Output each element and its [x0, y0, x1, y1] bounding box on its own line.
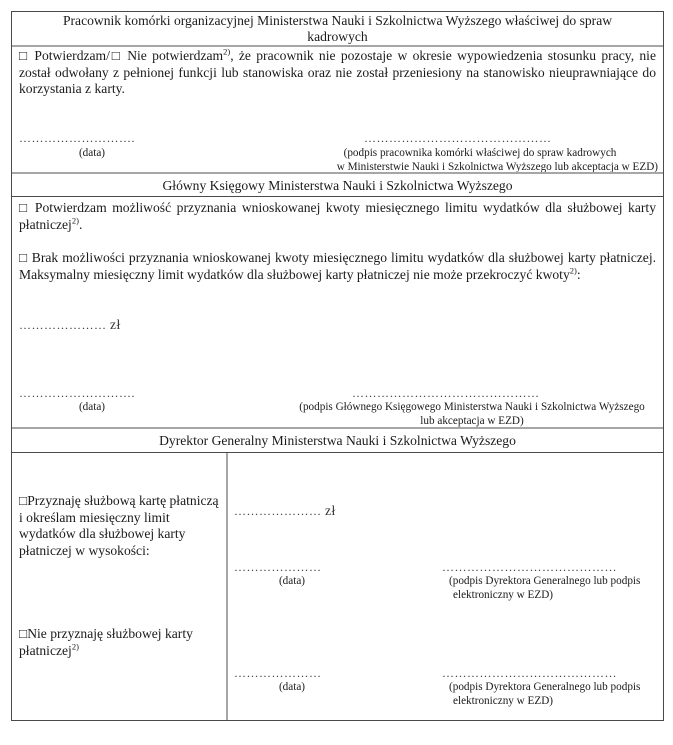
accountant-section-title: Główny Księgowy Ministerstwa Nauki i Szk… [12, 178, 663, 194]
footnote-ref: 2) [72, 641, 79, 651]
director-deny-text[interactable]: □Nie przyznaję służbowej karty płatnicze… [19, 626, 193, 658]
accountant-signature-label-line2: lub akceptacja w EZD) [282, 415, 662, 429]
accountant-amount-field[interactable]: ………………… zł [19, 317, 121, 333]
divider [12, 172, 663, 174]
director-deny-date-field[interactable]: ………………… [234, 666, 322, 681]
director-grant-date-label: (data) [252, 575, 332, 589]
accountant-signature-label-line1: (podpis Głównego Księgowego Ministerstwa… [282, 401, 662, 415]
footnote-ref: 2) [72, 215, 79, 225]
accountant-signature-label: (podpis Głównego Księgowego Ministerstwa… [282, 401, 662, 428]
hr-confirm-checkboxes[interactable]: □ Potwierdzam/□ Nie potwierdzam [19, 48, 223, 63]
hr-signature-label-line1: (podpis pracownika komórki właściwej do … [302, 147, 658, 161]
hr-title-line2: kadrowych [12, 29, 663, 45]
accountant-signature-field[interactable]: ……………………………………… [352, 386, 540, 401]
card-approval-form: Pracownik komórki organizacyjnej Ministe… [11, 11, 664, 721]
accountant-confirm-text[interactable]: □ Potwierdzam możliwość przyznania wnios… [19, 200, 656, 232]
divider [12, 45, 663, 47]
director-grant-date-field[interactable]: ………………… [234, 560, 322, 575]
director-grant-signature-label: (podpis Dyrektora Generalnego lub podpis… [449, 575, 640, 602]
hr-confirmation-statement[interactable]: □ Potwierdzam/□ Nie potwierdzam2), że pr… [19, 48, 656, 98]
director-section-title: Dyrektor Generalny Ministerstwa Nauki i … [12, 433, 663, 449]
hr-title-line1: Pracownik komórki organizacyjnej Ministe… [12, 13, 663, 29]
signature-label-line2: elektroniczny w EZD) [449, 589, 640, 603]
divider [12, 196, 663, 197]
hr-date-field[interactable]: ………………………. [19, 131, 135, 146]
director-amount-field[interactable]: ………………… zł [234, 503, 336, 519]
director-grant-option[interactable]: □Przyznaję służbową kartę płatniczą i ok… [19, 493, 224, 559]
director-deny-signature-field[interactable]: …………………………………… [442, 666, 617, 681]
director-deny-signature-label: (podpis Dyrektora Generalnego lub podpis… [449, 681, 640, 708]
footnote-ref: 2) [570, 265, 577, 275]
accountant-deny-text[interactable]: □ Brak możliwości przyznania wnioskowane… [19, 250, 656, 282]
column-divider [226, 453, 228, 720]
currency-label: zł [110, 317, 121, 332]
divider [12, 427, 663, 429]
signature-label-line1: (podpis Dyrektora Generalnego lub podpis [449, 681, 640, 695]
director-grant-signature-field[interactable]: …………………………………… [442, 560, 617, 575]
accountant-date-label: (data) [42, 401, 142, 415]
amount-dots[interactable]: ………………… [19, 318, 107, 332]
hr-date-label: (data) [42, 147, 142, 161]
signature-label-line2: elektroniczny w EZD) [449, 695, 640, 709]
currency-label: zł [325, 503, 336, 518]
director-deny-option[interactable]: □Nie przyznaję służbowej karty płatnicze… [19, 626, 224, 659]
punctuation: . [79, 217, 82, 232]
accountant-option-deny[interactable]: □ Brak możliwości przyznania wnioskowane… [19, 250, 656, 283]
amount-dots[interactable]: ………………… [234, 504, 322, 518]
accountant-option-confirm[interactable]: □ Potwierdzam możliwość przyznania wnios… [19, 200, 656, 233]
signature-label-line1: (podpis Dyrektora Generalnego lub podpis [449, 575, 640, 589]
divider [12, 452, 663, 453]
director-deny-date-label: (data) [252, 681, 332, 695]
hr-signature-label: (podpis pracownika komórki właściwej do … [302, 147, 658, 174]
hr-section-title: Pracownik komórki organizacyjnej Ministe… [12, 13, 663, 45]
hr-signature-field[interactable]: ……………………………………… [364, 131, 552, 146]
punctuation: : [577, 267, 581, 282]
accountant-date-field[interactable]: ………………………. [19, 386, 135, 401]
